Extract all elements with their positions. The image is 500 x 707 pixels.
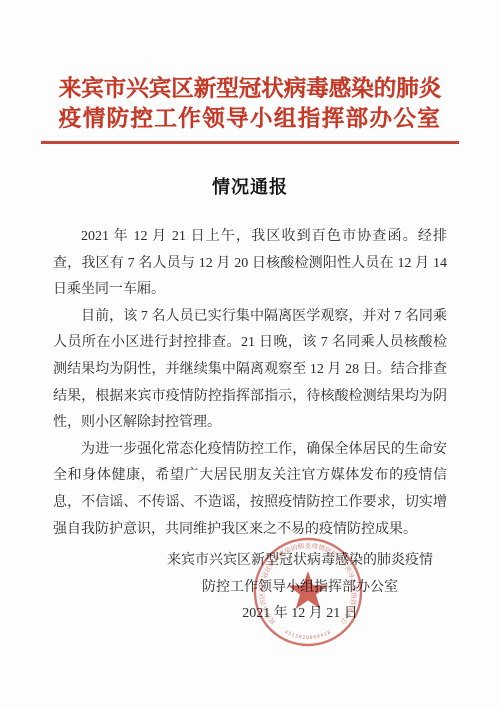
- letterhead: 来宾市兴宾区新型冠状病毒感染的肺炎 疫情防控工作领导小组指挥部办公室: [0, 74, 500, 144]
- document-body: 2021 年 12 月 21 日上午，我区收到百色市协查函。经排查，我区有 7 …: [53, 224, 447, 543]
- document-page: 来宾市兴宾区新型冠状病毒感染的肺炎 疫情防控工作领导小组指挥部办公室 情况通报 …: [0, 0, 500, 707]
- letterhead-line2: 疫情防控工作领导小组指挥部办公室: [0, 104, 500, 134]
- seal-code: 4513020060418: [283, 629, 332, 641]
- letterhead-divider: [41, 141, 459, 144]
- document-title: 情况通报: [0, 173, 500, 199]
- body-paragraph-2: 目前，该 7 名人员已实行集中隔离医学观察，并对 7 名同乘人员所在小区进行封控…: [53, 304, 447, 437]
- official-seal: 来宾市兴宾区新型冠状病毒感染的肺炎疫情防控工作领导小组指挥部办公室 451302…: [238, 522, 378, 662]
- seal-star-icon: [288, 571, 328, 609]
- body-paragraph-1: 2021 年 12 月 21 日上午，我区收到百色市协查函。经排查，我区有 7 …: [53, 224, 447, 304]
- letterhead-line1: 来宾市兴宾区新型冠状病毒感染的肺炎: [0, 74, 500, 104]
